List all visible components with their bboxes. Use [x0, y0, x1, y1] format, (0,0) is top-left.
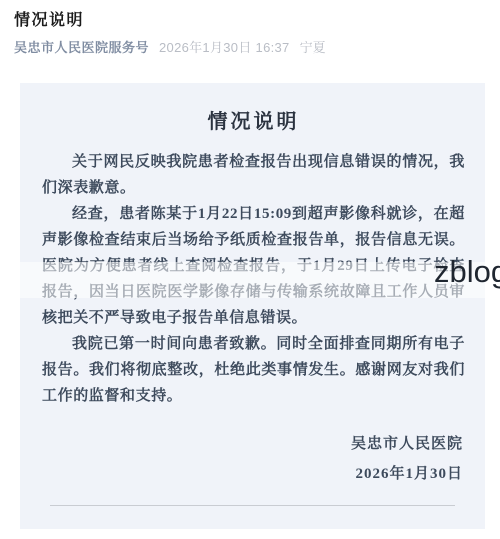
notice-paragraph: 关于网民反映我院患者检查报告出现信息错误的情况，我们深表歉意。 [42, 149, 465, 201]
notice-title: 情况说明 [42, 109, 465, 135]
article-header: 情况说明 吴忠市人民医院服务号2026年1月30日 16:37宁夏 [0, 0, 500, 57]
divider-line [50, 505, 455, 506]
account-name-link[interactable]: 吴忠市人民医院服务号 [14, 40, 149, 55]
publish-datetime: 2026年1月30日 16:37 [159, 40, 290, 55]
article-page: 情况说明 吴忠市人民医院服务号2026年1月30日 16:37宁夏 情况说明 关… [0, 0, 500, 539]
notice-body: 关于网民反映我院患者检查报告出现信息错误的情况，我们深表歉意。 经查，患者陈某于… [42, 149, 465, 409]
signature-org: 吴忠市人民医院 [42, 429, 463, 459]
publish-region: 宁夏 [300, 40, 326, 55]
notice-paragraph: 我院已第一时间向患者致歉。同时全面排查同期所有电子报告。我们将彻底整改，杜绝此类… [42, 331, 465, 409]
byline: 吴忠市人民医院服务号2026年1月30日 16:37宁夏 [14, 39, 486, 57]
notice-card: 情况说明 关于网民反映我院患者检查报告出现信息错误的情况，我们深表歉意。 经查，… [20, 83, 485, 529]
signature-date: 2026年1月30日 [42, 459, 463, 489]
article-title: 情况说明 [14, 10, 486, 32]
signature-block: 吴忠市人民医院 2026年1月30日 [42, 429, 465, 489]
notice-paragraph: 经查，患者陈某于1月22日15:09到超声影像科就诊，在超声影像检查结束后当场给… [42, 201, 465, 331]
